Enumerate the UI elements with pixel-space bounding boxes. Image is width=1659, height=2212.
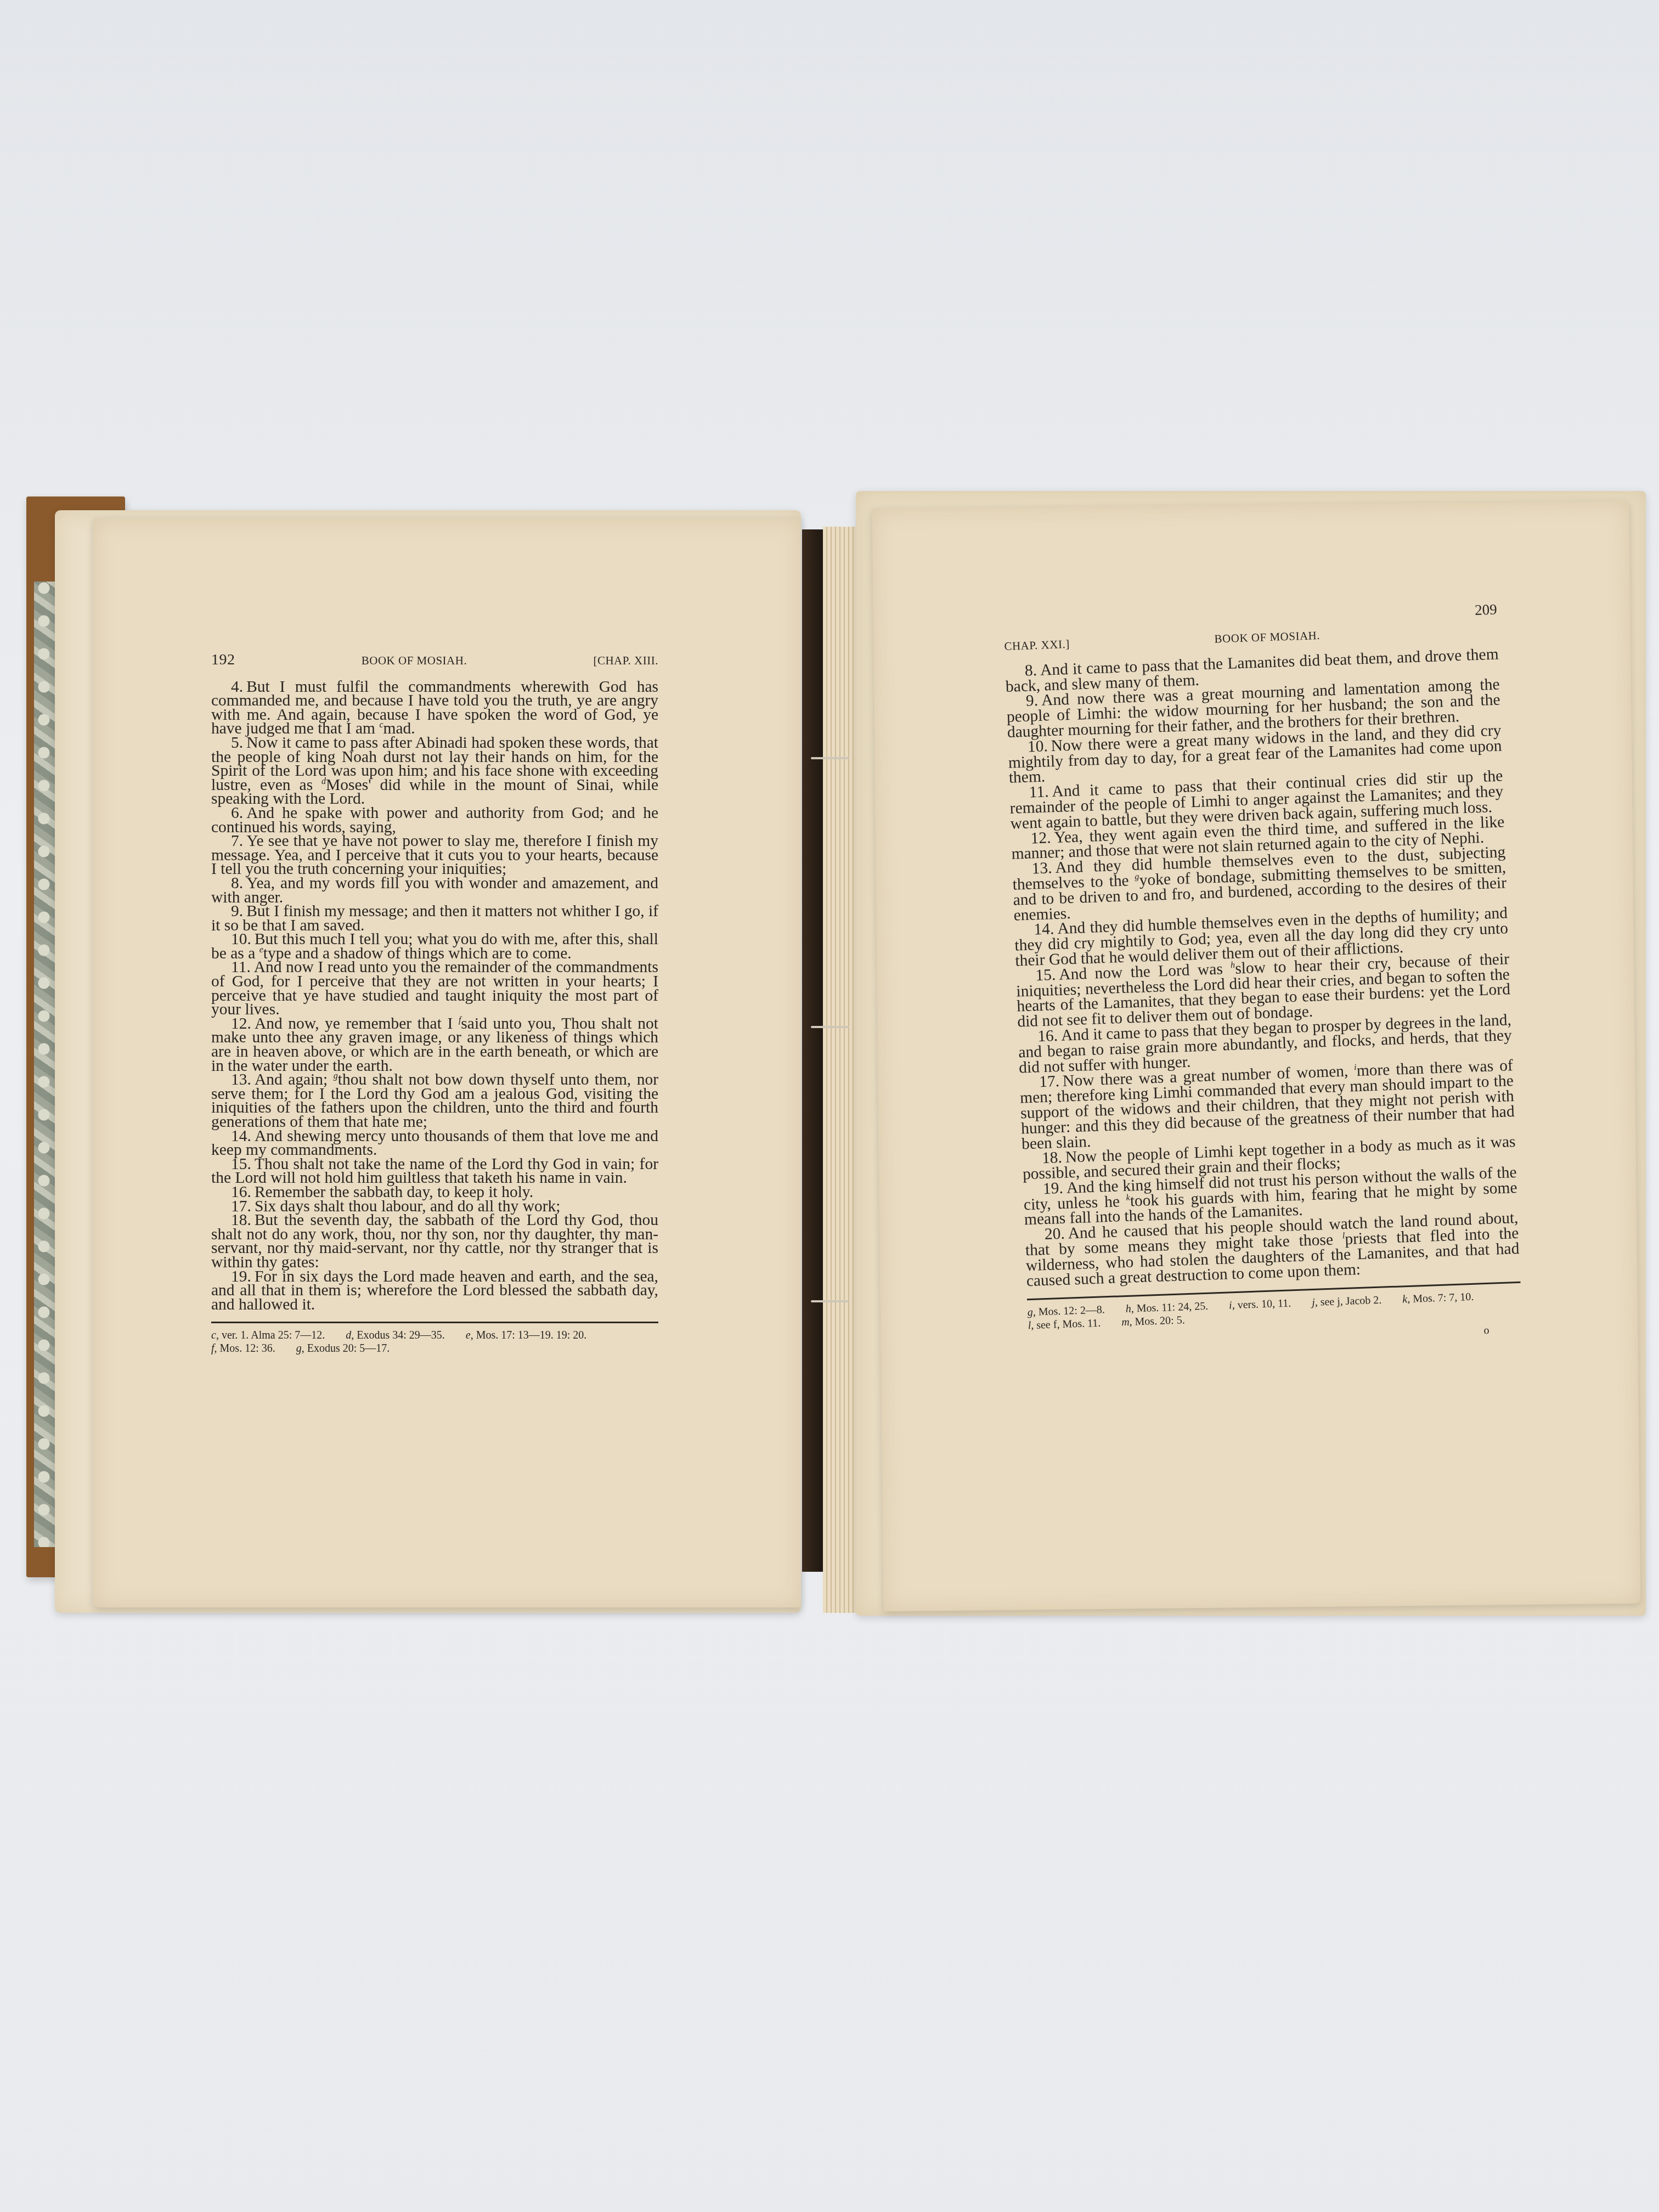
right-running-title: BOOK OF MOSIAH. bbox=[1214, 628, 1320, 647]
footnote-reference: , Mos. 20: 5. bbox=[1129, 1314, 1185, 1329]
verse: 18.But the seventh day, the sabbath of t… bbox=[211, 1214, 658, 1269]
verse: 6.And he spake with power and authority … bbox=[211, 806, 658, 834]
footnote-reference: , Exodus 34: 29—35. bbox=[351, 1329, 445, 1341]
verse: 12.And now, ye remember that I fsaid unt… bbox=[211, 1017, 658, 1073]
left-verse-list: 4.But I must fulfil the commandments whe… bbox=[211, 680, 658, 1312]
verse-text: For in six days the Lord made heaven and… bbox=[211, 1268, 658, 1313]
left-running-head: 192 BOOK OF MOSIAH. [CHAP. XIII. bbox=[211, 653, 658, 668]
verse-text: But the seventh day, the sabbath of the … bbox=[211, 1211, 658, 1271]
footnote-reference: , see f, Mos. 11. bbox=[1031, 1317, 1101, 1331]
footnote-key: g bbox=[296, 1342, 302, 1355]
footnote-key: d bbox=[346, 1329, 351, 1341]
right-page-number: 209 bbox=[1475, 602, 1497, 618]
footnote-reference: , Exodus 20: 5—17. bbox=[302, 1342, 390, 1355]
footnote-key: e bbox=[466, 1329, 471, 1341]
footnote-reference: , vers. 10, 11. bbox=[1232, 1297, 1291, 1312]
left-page-text: 192 BOOK OF MOSIAH. [CHAP. XIII. 4.But I… bbox=[211, 653, 658, 1355]
footnote: m, Mos. 20: 5. bbox=[1121, 1314, 1185, 1329]
verse: 19.For in six days the Lord made heaven … bbox=[211, 1270, 658, 1312]
footnote-marker: e bbox=[259, 945, 263, 955]
right-verse-list: 8.And it came to pass that the Lamanites… bbox=[1005, 647, 1520, 1289]
footnote-reference: , ver. 1. Alma 25: 7—12. bbox=[216, 1329, 325, 1341]
verse: 5.Now it came to pass after Abinadi had … bbox=[211, 736, 658, 806]
left-footnotes: c, ver. 1. Alma 25: 7—12.d, Exodus 34: 2… bbox=[211, 1329, 658, 1355]
footnote-marker: d bbox=[321, 777, 326, 786]
right-chapter-label: CHAP. XXI.] bbox=[1004, 637, 1070, 654]
binding-thread bbox=[811, 1026, 849, 1028]
footnote-reference: , Mos. 12: 2—8. bbox=[1032, 1304, 1105, 1319]
verse-text: And he spake with power and authority fr… bbox=[211, 804, 658, 836]
left-chapter-label: [CHAP. XIII. bbox=[593, 654, 658, 668]
binding-thread bbox=[811, 757, 849, 759]
verse: 7.Ye see that ye have not power to slay … bbox=[211, 834, 658, 877]
footnote-key: c bbox=[211, 1329, 216, 1341]
printer-signature-mark: o bbox=[1483, 1323, 1489, 1339]
footnote: i, vers. 10, 11. bbox=[1229, 1297, 1291, 1312]
verse-text: And shewing mercy unto thousands of them… bbox=[211, 1127, 658, 1159]
verse: 10.But this much I tell you; what you do… bbox=[211, 933, 658, 961]
footnote-marker: g bbox=[334, 1071, 338, 1081]
footnote: e, Mos. 17: 13—19. 19: 20. bbox=[466, 1329, 587, 1342]
left-running-title: BOOK OF MOSIAH. bbox=[362, 654, 467, 668]
binding-thread bbox=[811, 1300, 849, 1302]
footnote-reference: , see j, Jacob 2. bbox=[1314, 1294, 1381, 1308]
verse: 15.Thou shalt not take the name of the L… bbox=[211, 1158, 658, 1186]
verse-text: But I must fulfil the commandments where… bbox=[211, 678, 658, 738]
verse: 4.But I must fulfil the commandments whe… bbox=[211, 680, 658, 736]
verse-text: Thou shalt not take the name of the Lord… bbox=[211, 1155, 658, 1187]
footnote-reference: , Mos. 17: 13—19. 19: 20. bbox=[471, 1329, 587, 1341]
verse: 11.And now I read unto you the remainder… bbox=[211, 961, 658, 1017]
verse: 9.But I finish my message; and then it m… bbox=[211, 905, 658, 933]
right-page-text: 209 CHAP. XXI.] BOOK OF MOSIAH. 8.And it… bbox=[1004, 622, 1522, 1333]
verse: 13.And again; gthou shalt not bow down t… bbox=[211, 1073, 658, 1129]
footnote: l, see f, Mos. 11. bbox=[1028, 1317, 1101, 1333]
footnote-reference: , Mos. 12: 36. bbox=[215, 1342, 275, 1355]
footnote: j, see j, Jacob 2. bbox=[1312, 1294, 1382, 1309]
footnote: d, Exodus 34: 29—35. bbox=[346, 1329, 445, 1342]
footnote-key: m bbox=[1121, 1316, 1130, 1328]
left-page-number: 192 bbox=[211, 653, 235, 667]
footnote: c, ver. 1. Alma 25: 7—12. bbox=[211, 1329, 325, 1342]
footnote: h, Mos. 11: 24, 25. bbox=[1125, 1300, 1208, 1316]
footnote: f, Mos. 12: 36. bbox=[211, 1342, 275, 1355]
footnote: g, Exodus 20: 5—17. bbox=[296, 1342, 390, 1355]
verse-text: Yea, and my words fill you with wonder a… bbox=[211, 874, 658, 906]
verse: 8.Yea, and my words fill you with wonder… bbox=[211, 877, 658, 905]
open-book: 192 BOOK OF MOSIAH. [CHAP. XIII. 4.But I… bbox=[0, 0, 1659, 2212]
footnote: k, Mos. 7: 7, 10. bbox=[1402, 1290, 1474, 1306]
footnote-reference: , Mos. 11: 24, 25. bbox=[1131, 1300, 1208, 1315]
verse-text: Ye see that ye have not power to slay me… bbox=[211, 832, 658, 878]
verse: 14.And shewing mercy unto thousands of t… bbox=[211, 1130, 658, 1158]
footnote-reference: , Mos. 7: 7, 10. bbox=[1407, 1291, 1474, 1305]
verse-text: But I finish my message; and then it mat… bbox=[211, 902, 658, 934]
footnote-rule bbox=[211, 1322, 658, 1323]
verse-text: And now I read unto you the remainder of… bbox=[211, 958, 658, 1018]
